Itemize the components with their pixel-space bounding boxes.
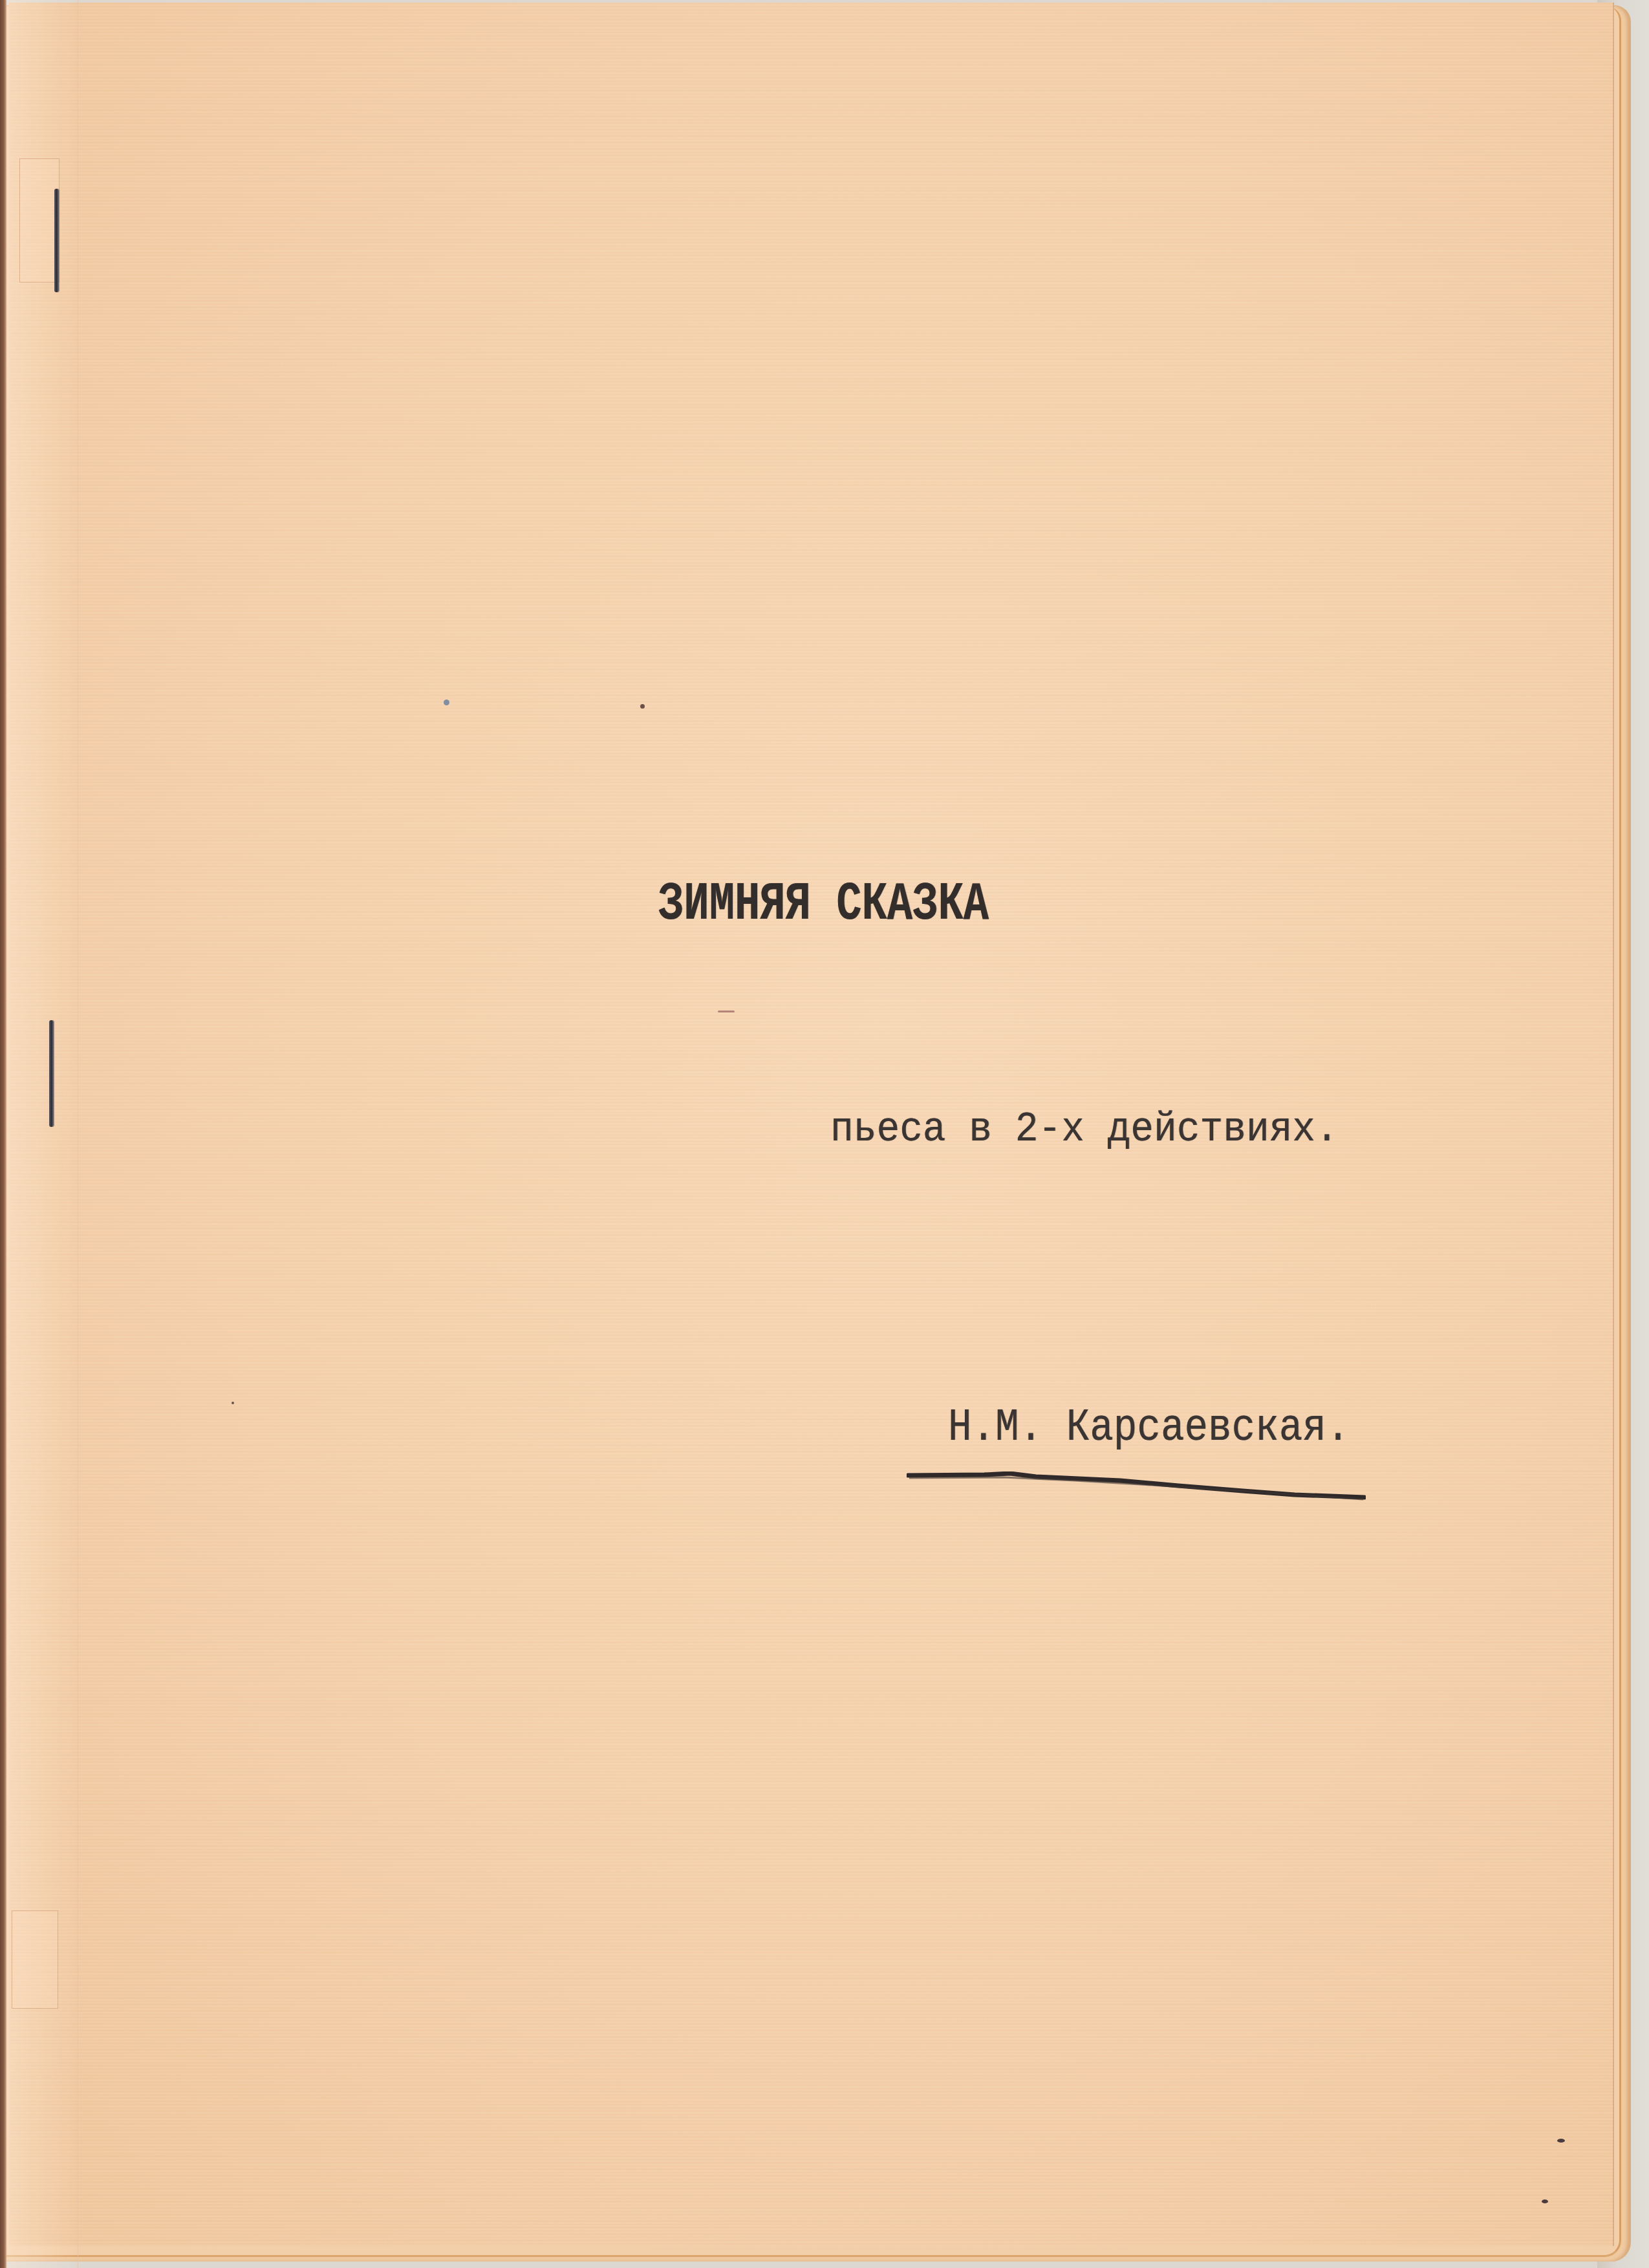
paper-mark: [718, 1011, 735, 1012]
paper-speck: [444, 700, 449, 705]
scanned-page: ЗИМНЯЯ СКАЗКА пьеса в 2-х действиях. Н.М…: [0, 0, 1649, 2268]
paper-speck: [1557, 2139, 1565, 2143]
paper-speck: [232, 1402, 234, 1404]
paper-speck: [640, 704, 645, 709]
staple-top-icon: [54, 189, 59, 292]
staple-bottom-icon: [49, 1020, 54, 1127]
document-subtitle: пьеса в 2-х действиях.: [830, 1107, 1339, 1153]
binding-tape-patch: [19, 158, 59, 283]
binding-tape-patch: [12, 1910, 58, 2009]
binding-edge: [0, 0, 6, 2268]
document-title: ЗИМНЯЯ СКАЗКА: [658, 874, 989, 936]
paper-speck: [1542, 2199, 1548, 2203]
author-underline: [907, 1471, 1366, 1504]
cover-sheet: [9, 3, 1614, 2246]
document-author: Н.М. Карсаевская.: [948, 1403, 1350, 1454]
